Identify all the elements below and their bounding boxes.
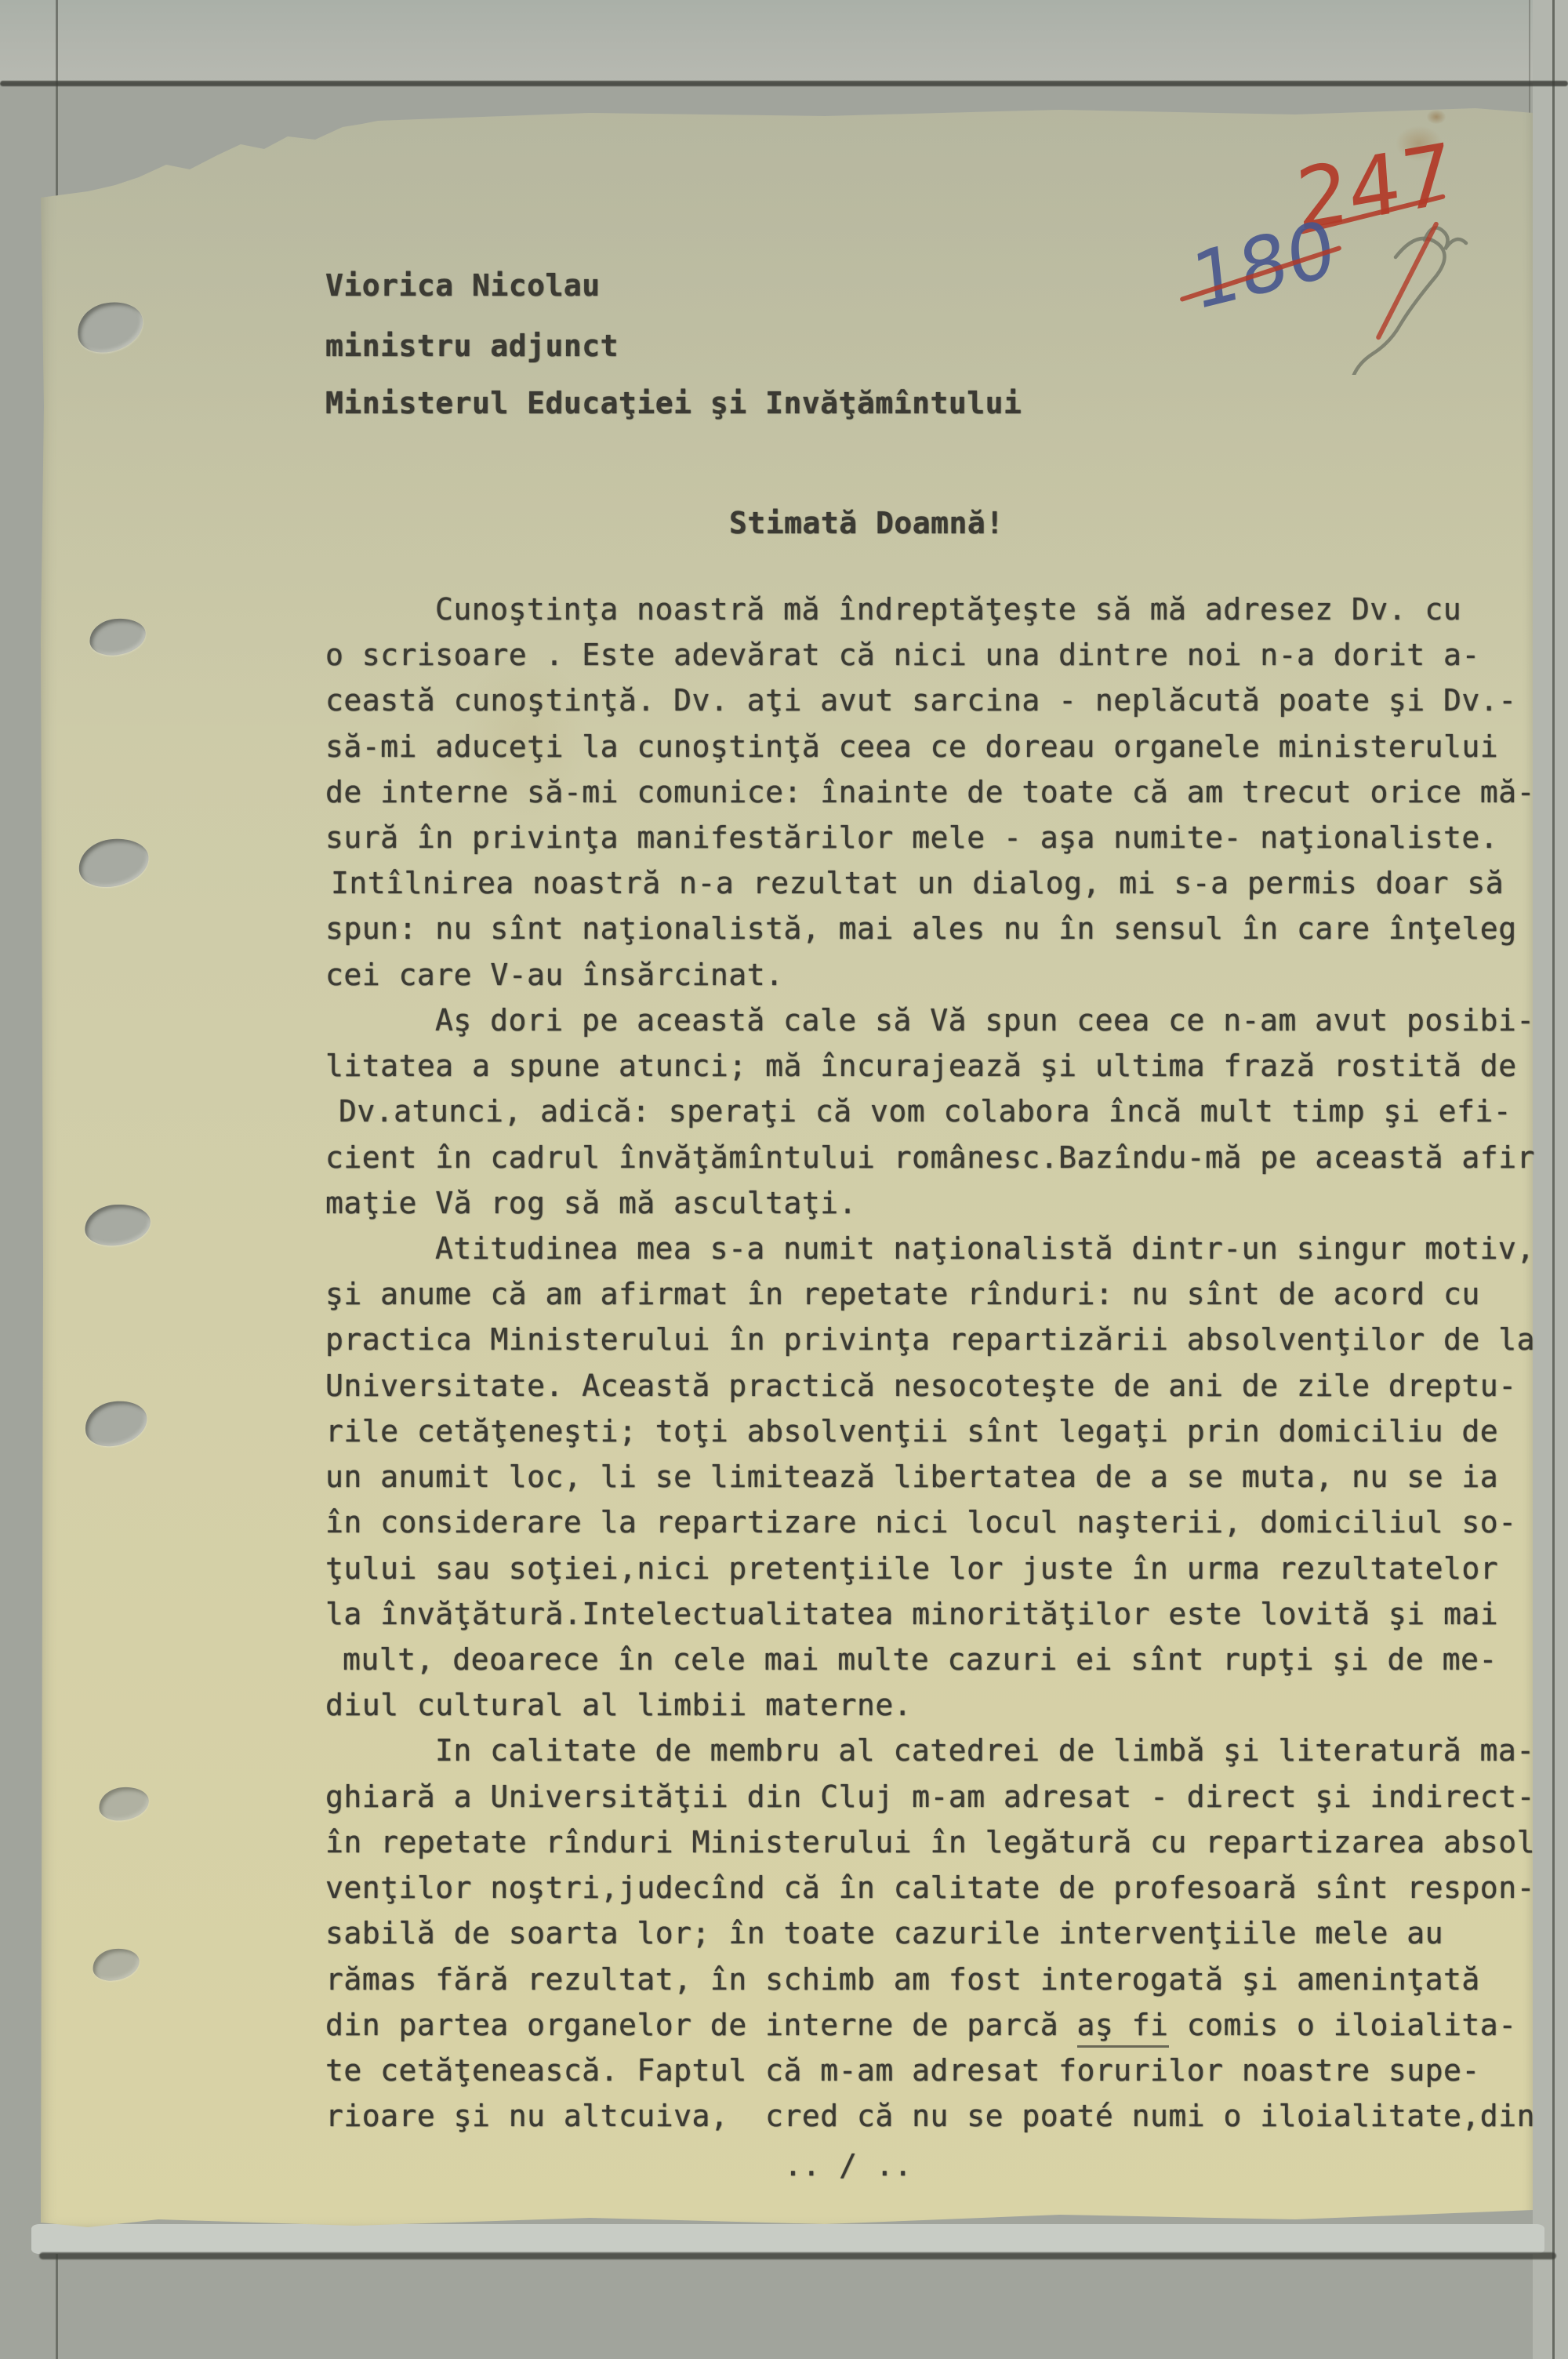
- recipient-name: Viorica Nicolau: [325, 271, 601, 300]
- typed-line: diul cultural al limbii materne.: [325, 1690, 912, 1720]
- pencil-scribble-icon: [1350, 210, 1499, 375]
- recipient-title: ministru adjunct: [325, 331, 619, 361]
- typed-line: şi anume că am afirmat în repetate rîndu…: [325, 1279, 1480, 1309]
- typed-line: venţilor noştri,judecînd că în calitate …: [325, 1873, 1535, 1903]
- typed-line: din partea organelor de interne de parcă…: [325, 2010, 1517, 2040]
- typed-line: o scrisoare . Este adevărat că nici una …: [325, 640, 1480, 670]
- salutation: Stimată Doamnă!: [729, 508, 1004, 538]
- typed-text-layer: Viorica Nicolau ministru adjunct Ministe…: [0, 0, 1568, 2359]
- typed-line: cei care V-au însărcinat.: [325, 960, 783, 990]
- continuation-mark: .. / ..: [784, 2150, 913, 2180]
- typed-line: Dv.atunci, adică: speraţi că vom colabor…: [339, 1096, 1512, 1126]
- typed-line: ţului sau soţiei,nici pretenţiile lor ju…: [325, 1554, 1498, 1583]
- typed-line: sabilă de soarta lor; în toate cazurile …: [325, 1918, 1443, 1948]
- typed-line: rile cetăţeneşti; toţi absolvenţii sînt …: [325, 1416, 1498, 1446]
- typed-line: să-mi aduceţi la cunoştinţă ceea ce dore…: [325, 732, 1498, 761]
- typed-line: rioare şi nu altcuiva, cred că nu se poa…: [325, 2101, 1535, 2131]
- typed-line: sură în privinţa manifestărilor mele - a…: [325, 823, 1498, 852]
- typed-line: cient în cadrul învăţămîntului românesc.…: [325, 1143, 1535, 1172]
- typed-line: Cunoştinţa noastră mă îndreptăţeşte să m…: [435, 594, 1461, 624]
- typed-line: rămas fără rezultat, în schimb am fost i…: [325, 1965, 1480, 1994]
- typed-line: ghiară a Universităţii din Cluj m-am adr…: [325, 1782, 1535, 1812]
- typed-line: un anumit loc, li se limitează libertate…: [325, 1462, 1498, 1492]
- typed-line: mult, deoarece în cele mai multe cazuri …: [343, 1645, 1497, 1674]
- typed-line: Atitudinea mea s-a numit naţionalistă di…: [435, 1234, 1535, 1263]
- typed-line: ceastă cunoştinţă. Dv. aţi avut sarcina …: [325, 685, 1517, 715]
- typed-line: spun: nu sînt naţionalistă, mai ales nu …: [325, 914, 1517, 943]
- typed-underline: [1077, 2045, 1169, 2048]
- typed-line: în considerare la repartizare nici locul…: [325, 1507, 1517, 1537]
- typed-line: Aş dori pe această cale să Vă spun ceea …: [435, 1005, 1535, 1035]
- recipient-institution: Ministerul Educaţiei şi Invăţămîntului: [325, 388, 1022, 418]
- typed-line: In calitate de membru al catedrei de lim…: [435, 1736, 1535, 1765]
- typed-line: Intîlnirea noastră n-a rezultat un dialo…: [331, 868, 1504, 898]
- typed-line: te cetăţenească. Faptul că m-am adresat …: [325, 2055, 1480, 2085]
- typed-line: litatea a spune atunci; mă încurajează ş…: [325, 1051, 1517, 1081]
- typed-line: Universitate. Această practică nesocoteş…: [325, 1371, 1517, 1401]
- typed-line: practica Ministerului în privinţa repart…: [325, 1325, 1535, 1354]
- typed-line: la învăţătură.Intelectualitatea minorită…: [325, 1599, 1498, 1629]
- typed-line: de interne să-mi comunice: înainte de to…: [325, 777, 1535, 807]
- typed-line: maţie Vă rog să mă ascultaţi.: [325, 1188, 857, 1218]
- typed-line: în repetate rînduri Ministerului în legă…: [325, 1827, 1535, 1857]
